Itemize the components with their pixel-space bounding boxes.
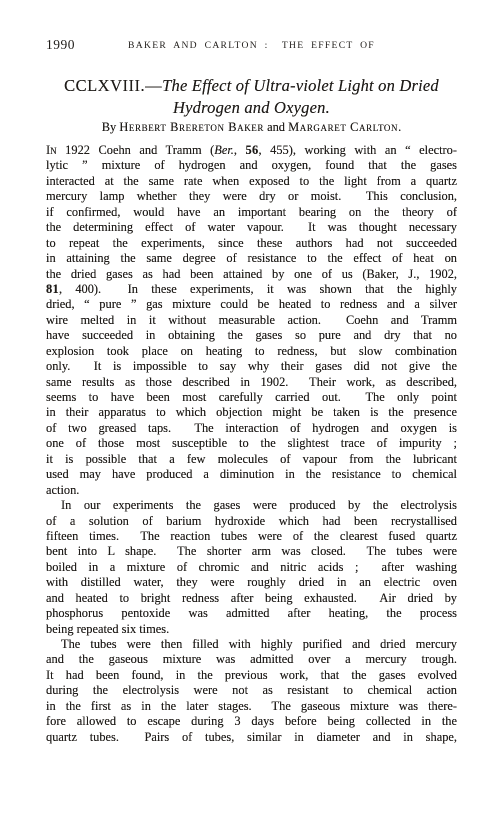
text-line: lytic ” mixture of hydrogen and oxygen, … — [46, 158, 457, 173]
journal-abbreviation: Ber. — [214, 143, 234, 157]
text-line: to repeat the experiments, since these a… — [46, 236, 457, 251]
text-line: In our experiments the gases were produc… — [46, 498, 457, 513]
page-header: 1990 BAKER AND CARLTON : THE EFFECT OF — [46, 37, 457, 51]
text-segment: 1922 Coehn and Tramm ( — [57, 143, 215, 157]
text-segment: , — [234, 143, 246, 157]
title-line-2: Hydrogen and Oxygen. — [46, 97, 457, 119]
text-line: fore allowed to escape during 3 days bef… — [46, 714, 457, 729]
text-line: mercury lamp whether they were dry or mo… — [46, 189, 457, 204]
text-line: quartz tubes. Pairs of tubes, similar in… — [46, 730, 457, 745]
text-line: same results as those described in 1902.… — [46, 375, 457, 390]
text-line: interacted at the same rate when exposed… — [46, 174, 457, 189]
title-line-1: CCLXVIII.—The Effect of Ultra-violet Lig… — [46, 75, 457, 97]
author-name-1: Herbert Brereton Baker — [119, 120, 264, 134]
text-line: of a solution of barium hydroxide which … — [46, 514, 457, 529]
text-line: explosion took place on heating to redne… — [46, 344, 457, 359]
text-line: the determining effect of water vapour. … — [46, 220, 457, 235]
text-line: during the electrolysis were not as resi… — [46, 683, 457, 698]
byline-conjunction: and — [264, 120, 288, 134]
text-line: being repeated six times. — [46, 622, 457, 637]
text-line: fifteen times. The reaction tubes were o… — [46, 529, 457, 544]
title-text-1: The Effect of Ultra-violet Light on Drie… — [162, 76, 439, 95]
text-line: bent into L shape. The shorter arm was c… — [46, 544, 457, 559]
text-line: phosphorus pentoxide was admitted after … — [46, 606, 457, 621]
text-line: action. — [46, 483, 457, 498]
text-line: with distilled water, they were roughly … — [46, 575, 457, 590]
text-line: one of those most susceptible to the sli… — [46, 436, 457, 451]
text-line: it is possible that a few molecules of v… — [46, 452, 457, 467]
byline-by: By — [102, 120, 120, 134]
running-head: BAKER AND CARLTON : THE EFFECT OF — [76, 40, 427, 51]
body-text: In 1922 Coehn and Tramm (Ber., 56, 455),… — [46, 143, 457, 745]
title-text-2: Hydrogen and Oxygen. — [173, 98, 330, 117]
text-line: It had been found, in the previous work,… — [46, 668, 457, 683]
byline-period: . — [398, 120, 401, 134]
lead-in-word: In — [46, 143, 57, 157]
text-line: wire melted in it without measurable act… — [46, 313, 457, 328]
page-number: 1990 — [46, 37, 75, 53]
text-line: The tubes were then filled with highly p… — [46, 637, 457, 652]
text-segment: , 455), working with an “ electro- — [259, 143, 457, 157]
text-line: dried, “ pure ” gas mixture could be hea… — [46, 297, 457, 312]
volume-number: 56 — [246, 143, 259, 157]
text-line: only. It is impossible to say why their … — [46, 359, 457, 374]
journal-page: 1990 BAKER AND CARLTON : THE EFFECT OF C… — [0, 0, 500, 825]
text-line: of two greased taps. The interaction of … — [46, 421, 457, 436]
text-line: in the first as in the later stages. The… — [46, 699, 457, 714]
text-line: and heated to bright redness after being… — [46, 591, 457, 606]
text-line: and the gaseous mixture was admitted ove… — [46, 652, 457, 667]
text-line: used may have produced a diminution in t… — [46, 467, 457, 482]
text-line: In 1922 Coehn and Tramm (Ber., 56, 455),… — [46, 143, 457, 158]
volume-number: 81 — [46, 282, 59, 296]
text-segment: , 400). In these experiments, it was sho… — [59, 282, 457, 296]
text-line: in their apparatus to which objection mi… — [46, 405, 457, 420]
text-line: boiled in a mixture of chromic and nitri… — [46, 560, 457, 575]
text-line: seems to have been most carefully carrie… — [46, 390, 457, 405]
text-line: if confirmed, would have an important be… — [46, 205, 457, 220]
article-title: CCLXVIII.—The Effect of Ultra-violet Lig… — [46, 75, 457, 119]
byline: By Herbert Brereton Baker and Margaret C… — [46, 120, 457, 135]
text-line: in attaining the same degree of resistan… — [46, 251, 457, 266]
text-line: the dried gases as had been attained by … — [46, 267, 457, 282]
article-number: CCLXVIII.— — [64, 76, 162, 95]
author-name-2: Margaret Carlton — [288, 120, 398, 134]
text-line: have succeeded in obtaining the gases so… — [46, 328, 457, 343]
text-line: 81, 400). In these experiments, it was s… — [46, 282, 457, 297]
